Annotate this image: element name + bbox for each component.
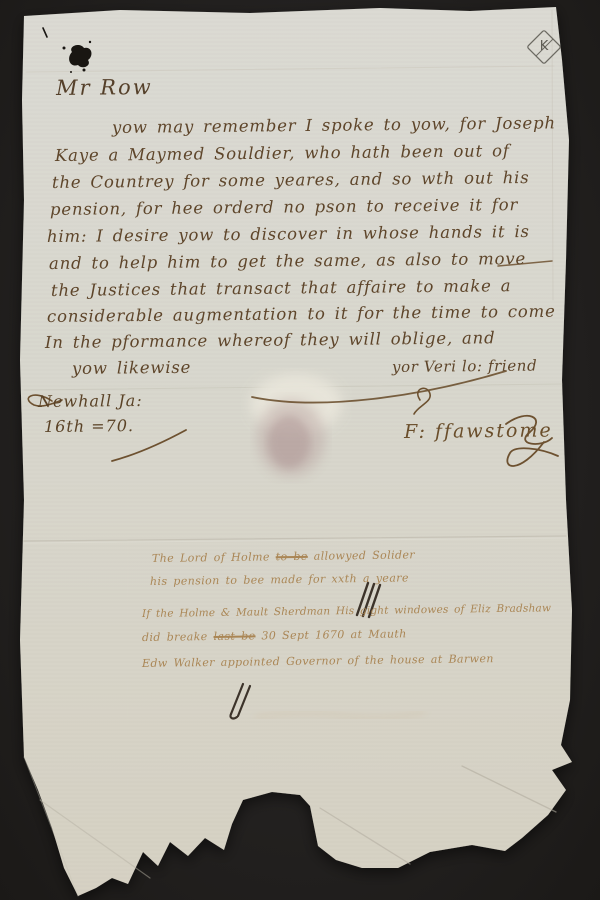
annotation-line: did breake last be 30 Sept 1670 at Mauth bbox=[142, 627, 407, 644]
letter-text: Mr Row yow may remember I spoke to yow, … bbox=[0, 0, 600, 900]
annotation-text: The Lord of Holme bbox=[152, 550, 276, 565]
annotation-struck-text: last be bbox=[213, 629, 255, 643]
letter-line: and to help him to get the same, as also… bbox=[49, 249, 526, 273]
annotation-struck-text: to be bbox=[276, 550, 308, 563]
dateline-place: Newhall Ja: bbox=[38, 391, 143, 411]
annotation-line: The Lord of Holme to be allowyed Solider bbox=[152, 548, 415, 565]
letter-line: Kaye a Maymed Souldier, who hath been ou… bbox=[55, 141, 510, 165]
letter-last-line: yow likewise bbox=[72, 358, 191, 378]
manuscript-photo: Mr Row yow may remember I spoke to yow, … bbox=[0, 0, 600, 900]
signature: F: ffawstome bbox=[404, 419, 553, 443]
annotation-text: did breake bbox=[142, 630, 214, 644]
annotation-line: If the Holme & Mault Sherdman His gight … bbox=[142, 602, 551, 620]
salutation: Mr Row bbox=[56, 75, 153, 100]
letter-line: In the pformance whereof they will oblig… bbox=[45, 328, 496, 352]
letter-line: the Countrey for some yeares, and so wth… bbox=[52, 168, 530, 192]
annotation-text: 30 Sept 1670 at Mauth bbox=[255, 627, 406, 642]
dateline-date: 16th =70. bbox=[44, 416, 134, 436]
collection-stamp-letter: K bbox=[535, 38, 553, 56]
closing: yor Veri lo: friend bbox=[392, 356, 537, 376]
letter-line: yow may remember I spoke to yow, for Jos… bbox=[112, 113, 556, 137]
annotation-text: allowyed Solider bbox=[308, 548, 415, 562]
annotation-line: Edw Walker appointed Governor of the hou… bbox=[142, 652, 494, 670]
letter-line: pension, for hee orderd no pson to recei… bbox=[50, 195, 518, 219]
letter-line: him: I desire yow to discover in whose h… bbox=[47, 222, 530, 246]
letter-line: considerable augmentation to it for the … bbox=[47, 302, 556, 326]
letter-line: the Justices that transact that affaire … bbox=[51, 276, 512, 300]
annotation-line: his pension to bee made for xxth a yeare bbox=[150, 571, 409, 588]
